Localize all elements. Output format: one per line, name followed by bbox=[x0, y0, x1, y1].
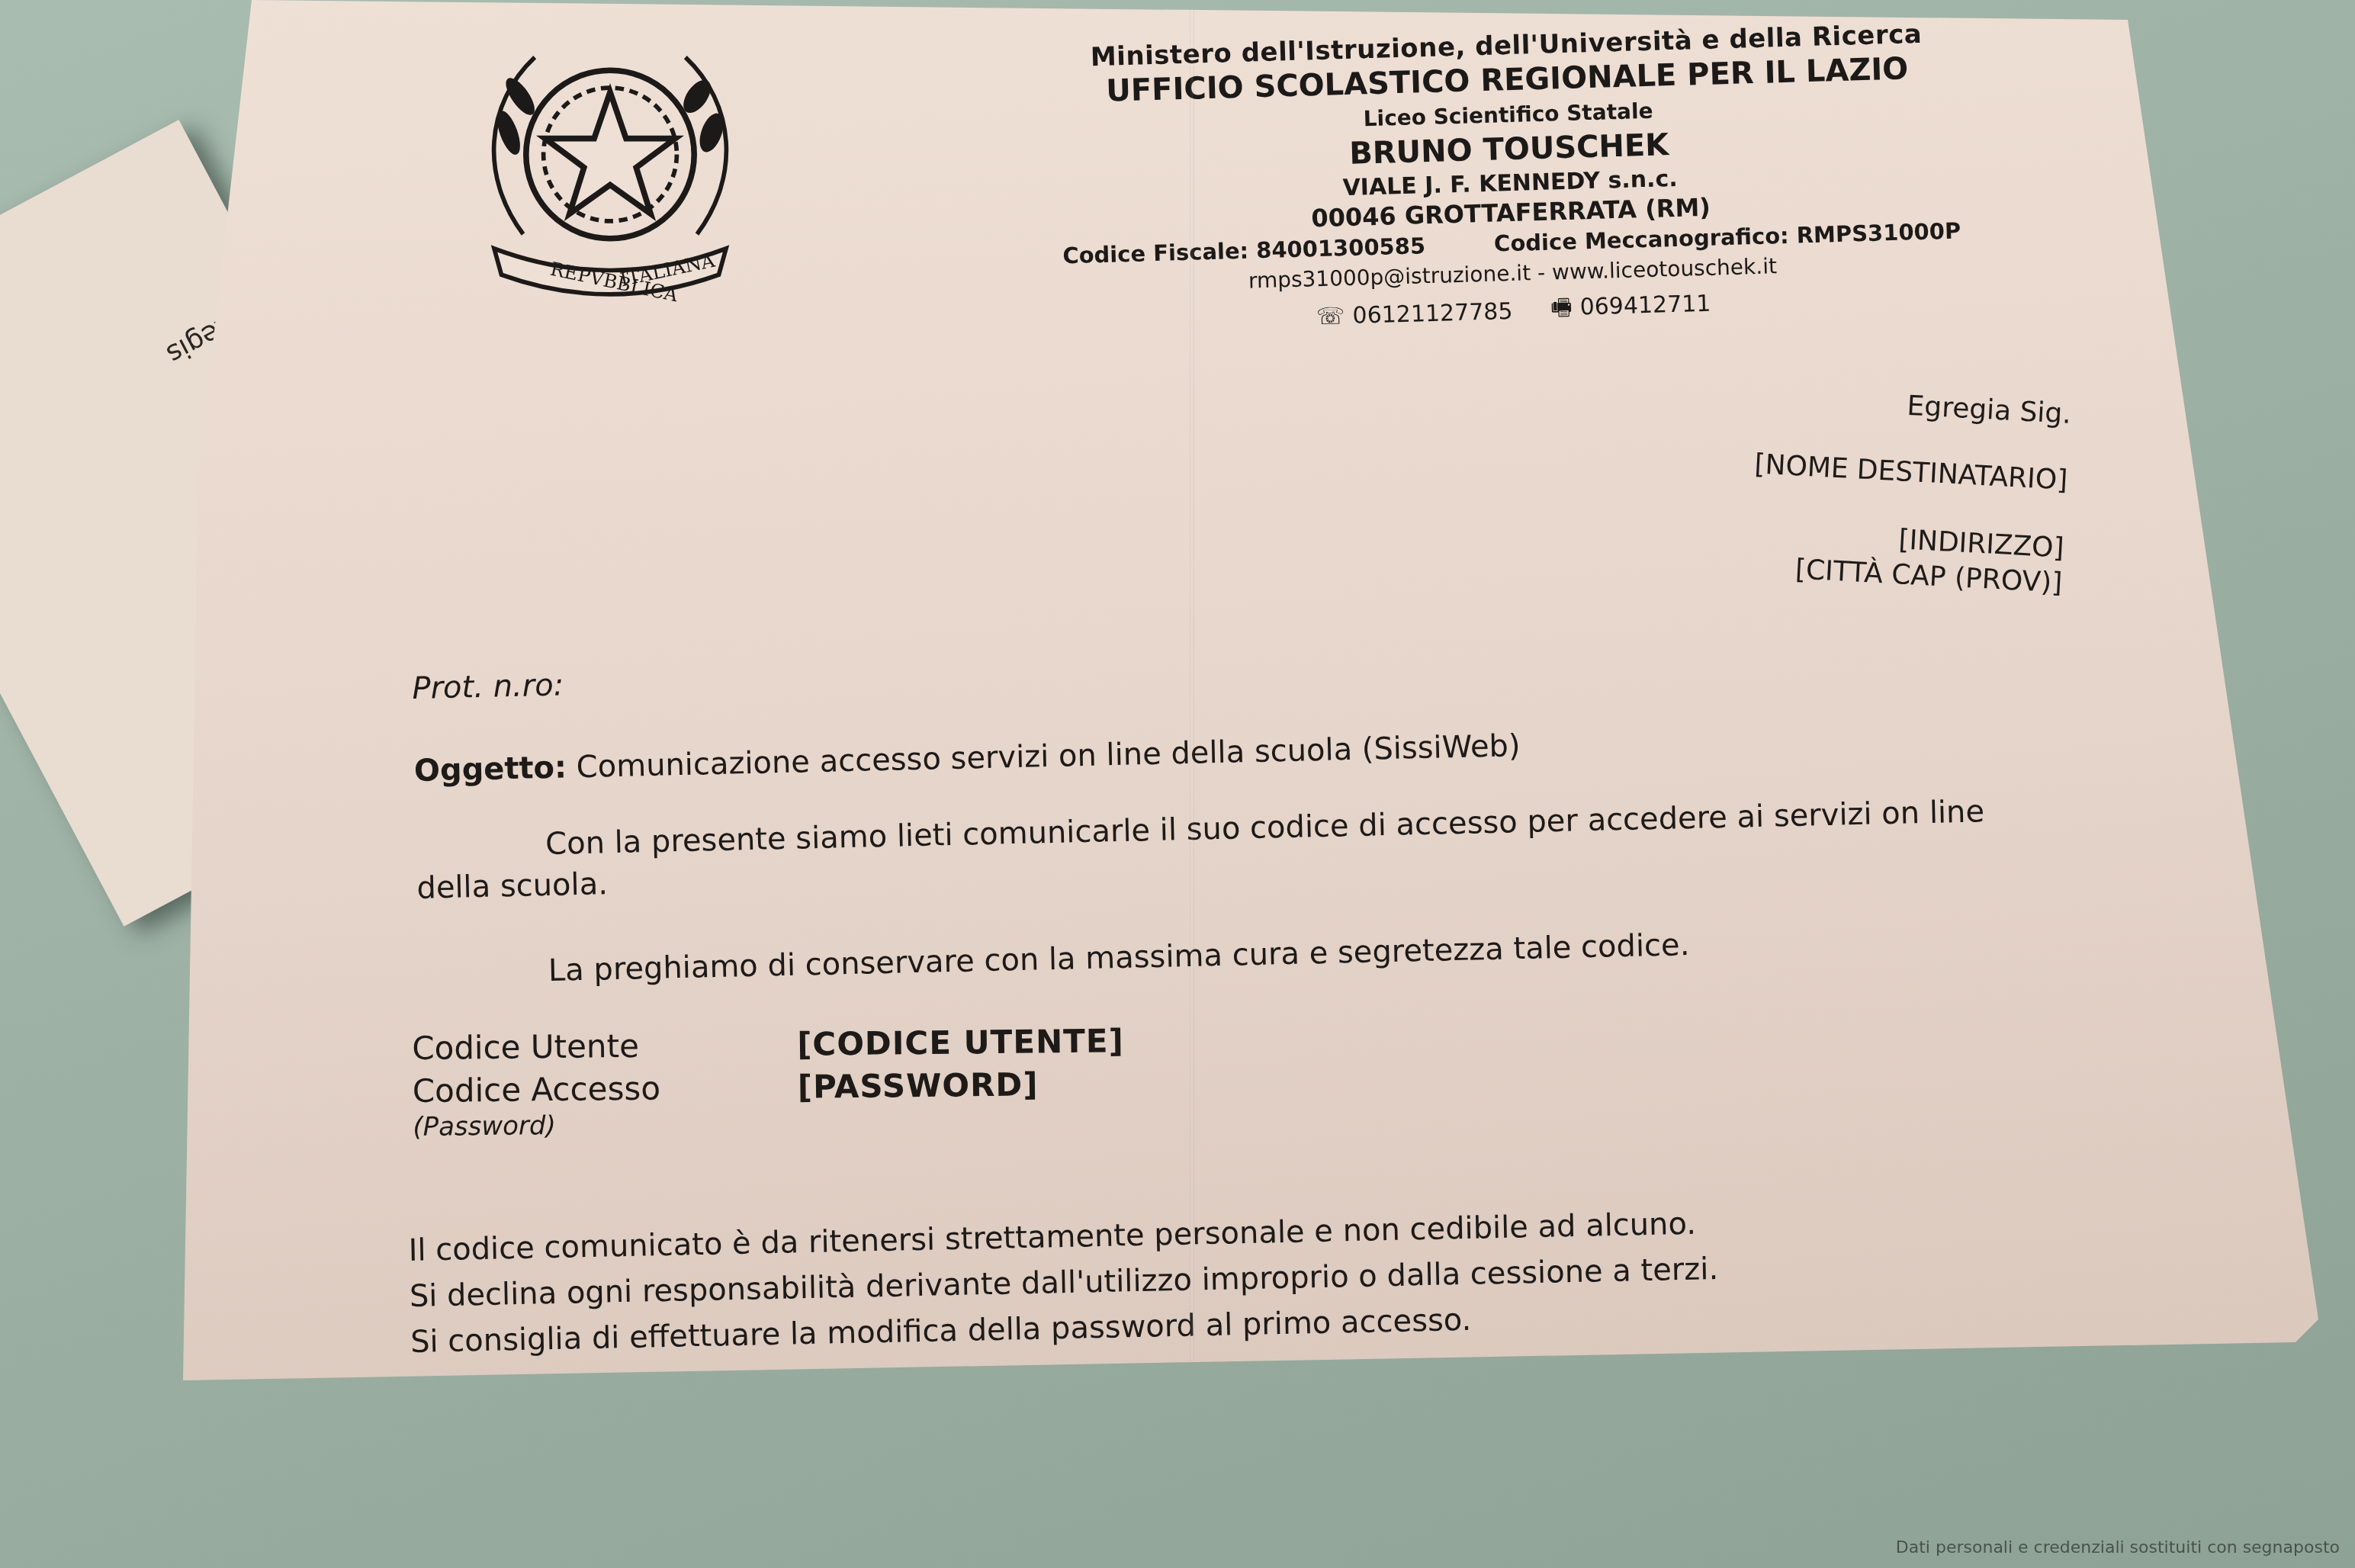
recipient-salutation: Egregia Sig. bbox=[1757, 381, 2072, 432]
recipient-block: Egregia Sig. [NOME DESTINATARIO] [INDIRI… bbox=[1748, 381, 2072, 602]
phone-icon: ☏ bbox=[1316, 303, 1345, 330]
credentials-block: Codice Utente [CODICE UTENTE] Codice Acc… bbox=[412, 1022, 1125, 1142]
letter-body: Prot. n.ro: Oggetto: Comunicazione acces… bbox=[412, 633, 2097, 1039]
recipient-name: [NOME DESTINATARIO] bbox=[1753, 447, 2068, 499]
letter-sheet: REPVBBLICA ITALIANA Ministero dell'Istru… bbox=[183, 0, 2318, 1380]
subject-label: Oggetto: bbox=[413, 750, 567, 789]
access-code-note: (Password) bbox=[413, 1104, 1125, 1142]
user-code-label: Codice Utente bbox=[412, 1026, 797, 1067]
fax-number: 069412711 bbox=[1579, 291, 1711, 321]
fax-icon: 🖷 bbox=[1550, 294, 1573, 322]
user-code-value: [CODICE UTENTE] bbox=[797, 1022, 1124, 1062]
letter-footer: Il codice comunicato è da ritenersi stre… bbox=[408, 1197, 1859, 1365]
letter-subject: Oggetto: Comunicazione accesso servizi o… bbox=[413, 715, 2091, 789]
italian-republic-emblem-icon: REPVBBLICA ITALIANA bbox=[465, 17, 755, 307]
user-code-row: Codice Utente [CODICE UTENTE] bbox=[412, 1022, 1124, 1072]
phone-number: 06121127785 bbox=[1352, 298, 1513, 329]
body-paragraph-2: La preghiamo di conservare con la massim… bbox=[418, 917, 2005, 994]
letterhead: Ministero dell'Istruzione, dell'Universi… bbox=[942, 14, 2078, 346]
body-paragraph-1: Con la presente siamo lieti comunicarle … bbox=[416, 791, 2003, 909]
protocol-number-label: Prot. n.ro: bbox=[412, 633, 2090, 706]
photo-scene: sul sito registra contrat per Regis REPV… bbox=[0, 0, 2355, 1568]
subject-text: Comunicazione accesso servizi on line de… bbox=[576, 728, 1521, 785]
redaction-note: Dati personali e credenziali sostituiti … bbox=[1896, 1538, 2340, 1557]
access-code-value: [PASSWORD] bbox=[798, 1065, 1039, 1105]
access-code-label: Codice Accesso bbox=[413, 1068, 798, 1110]
